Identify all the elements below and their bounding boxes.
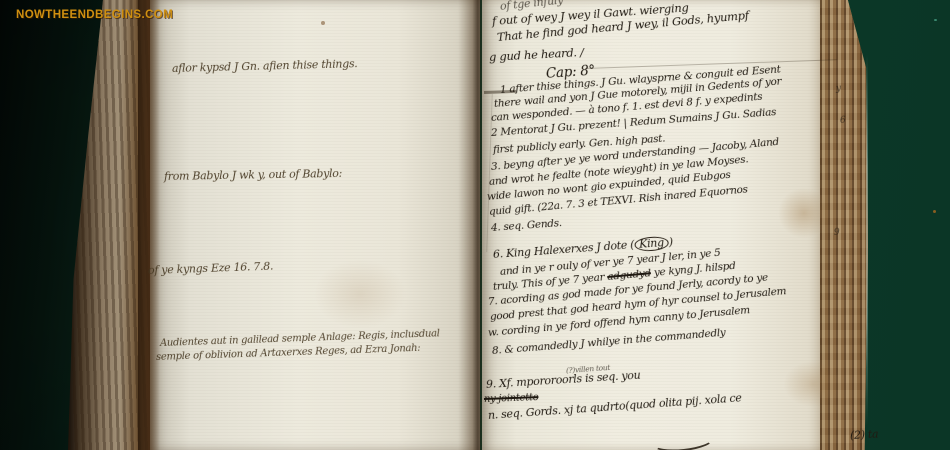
page-edge-highlight: [866, 55, 868, 425]
struck-word: ny jointetto: [484, 392, 539, 405]
photo-open-manuscript: aflor kypsd J Gn. afien thise things. fr…: [0, 0, 950, 450]
circled-word: King: [634, 236, 670, 252]
spine-crease-shadow: [138, 0, 160, 450]
dust-speck: [933, 210, 936, 213]
margin-mark: 9: [834, 228, 840, 238]
margin-mark: y: [836, 84, 841, 94]
paper-stain: [296, 246, 424, 342]
dust-speck: [934, 19, 937, 21]
paper-stain: [768, 178, 840, 248]
watermark: NOWTHEENDBEGINS.COM: [16, 9, 173, 21]
manuscript-footnote: (2) ta: [850, 428, 879, 442]
paper-stain: [321, 21, 325, 25]
paper-stain: [772, 352, 854, 416]
margin-mark: 6: [840, 116, 846, 126]
king-line-suffix: ): [668, 235, 673, 248]
